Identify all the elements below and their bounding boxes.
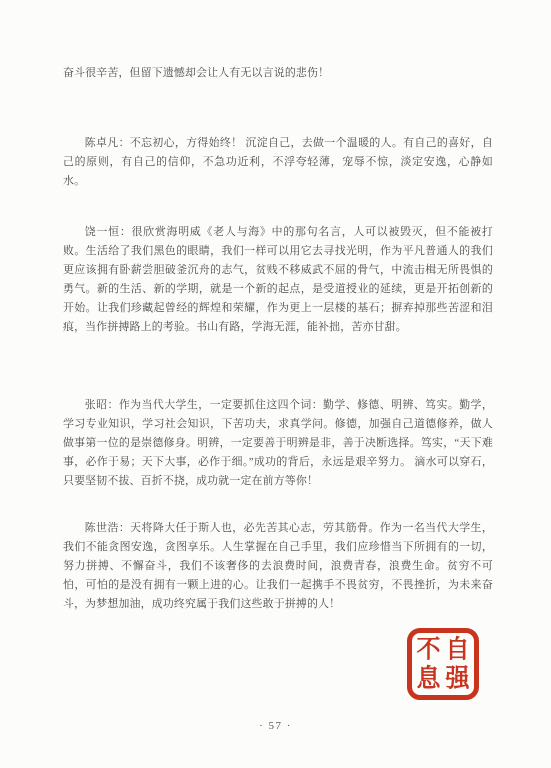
seal-char-xi: 息 — [414, 663, 443, 693]
paragraph-chen-shihao: 陈世浩：天将降大任于斯人也，必先苦其心志，劳其筋骨。作为一名当代大学生，我们不能… — [63, 519, 493, 614]
paragraph-chen-zhuofan: 陈卓凡：不忘初心，方得始终！ 沉淀自己，去做一个温暖的人。有自己的喜好，自己的原… — [63, 134, 493, 191]
paragraph-rao-yiheng: 饶一恒：很欣赏海明威《老人与海》中的那句名言，人可以被毁灭，但不能被打败。生活给… — [63, 223, 493, 337]
seal-char-zi: 自 — [443, 634, 472, 664]
paragraph-continuation: 奋斗很辛苦，但留下遗憾却会让人有无以言说的悲伤！ — [63, 64, 493, 83]
seal-char-bu: 不 — [414, 634, 443, 664]
seal-char-qiang: 强 — [443, 663, 472, 693]
page-number: · 57 · — [0, 720, 551, 732]
paragraph-zhang-zhao: 张昭：作为当代大学生，一定要抓住这四个词：勤学、修德、明辨、笃实。勤学，学习专业… — [63, 396, 493, 491]
document-page: 奋斗很辛苦，但留下遗憾却会让人有无以言说的悲伤！ 陈卓凡：不忘初心，方得始终！ … — [0, 0, 551, 768]
seal-stamp: 自 强 不 息 — [407, 628, 479, 700]
